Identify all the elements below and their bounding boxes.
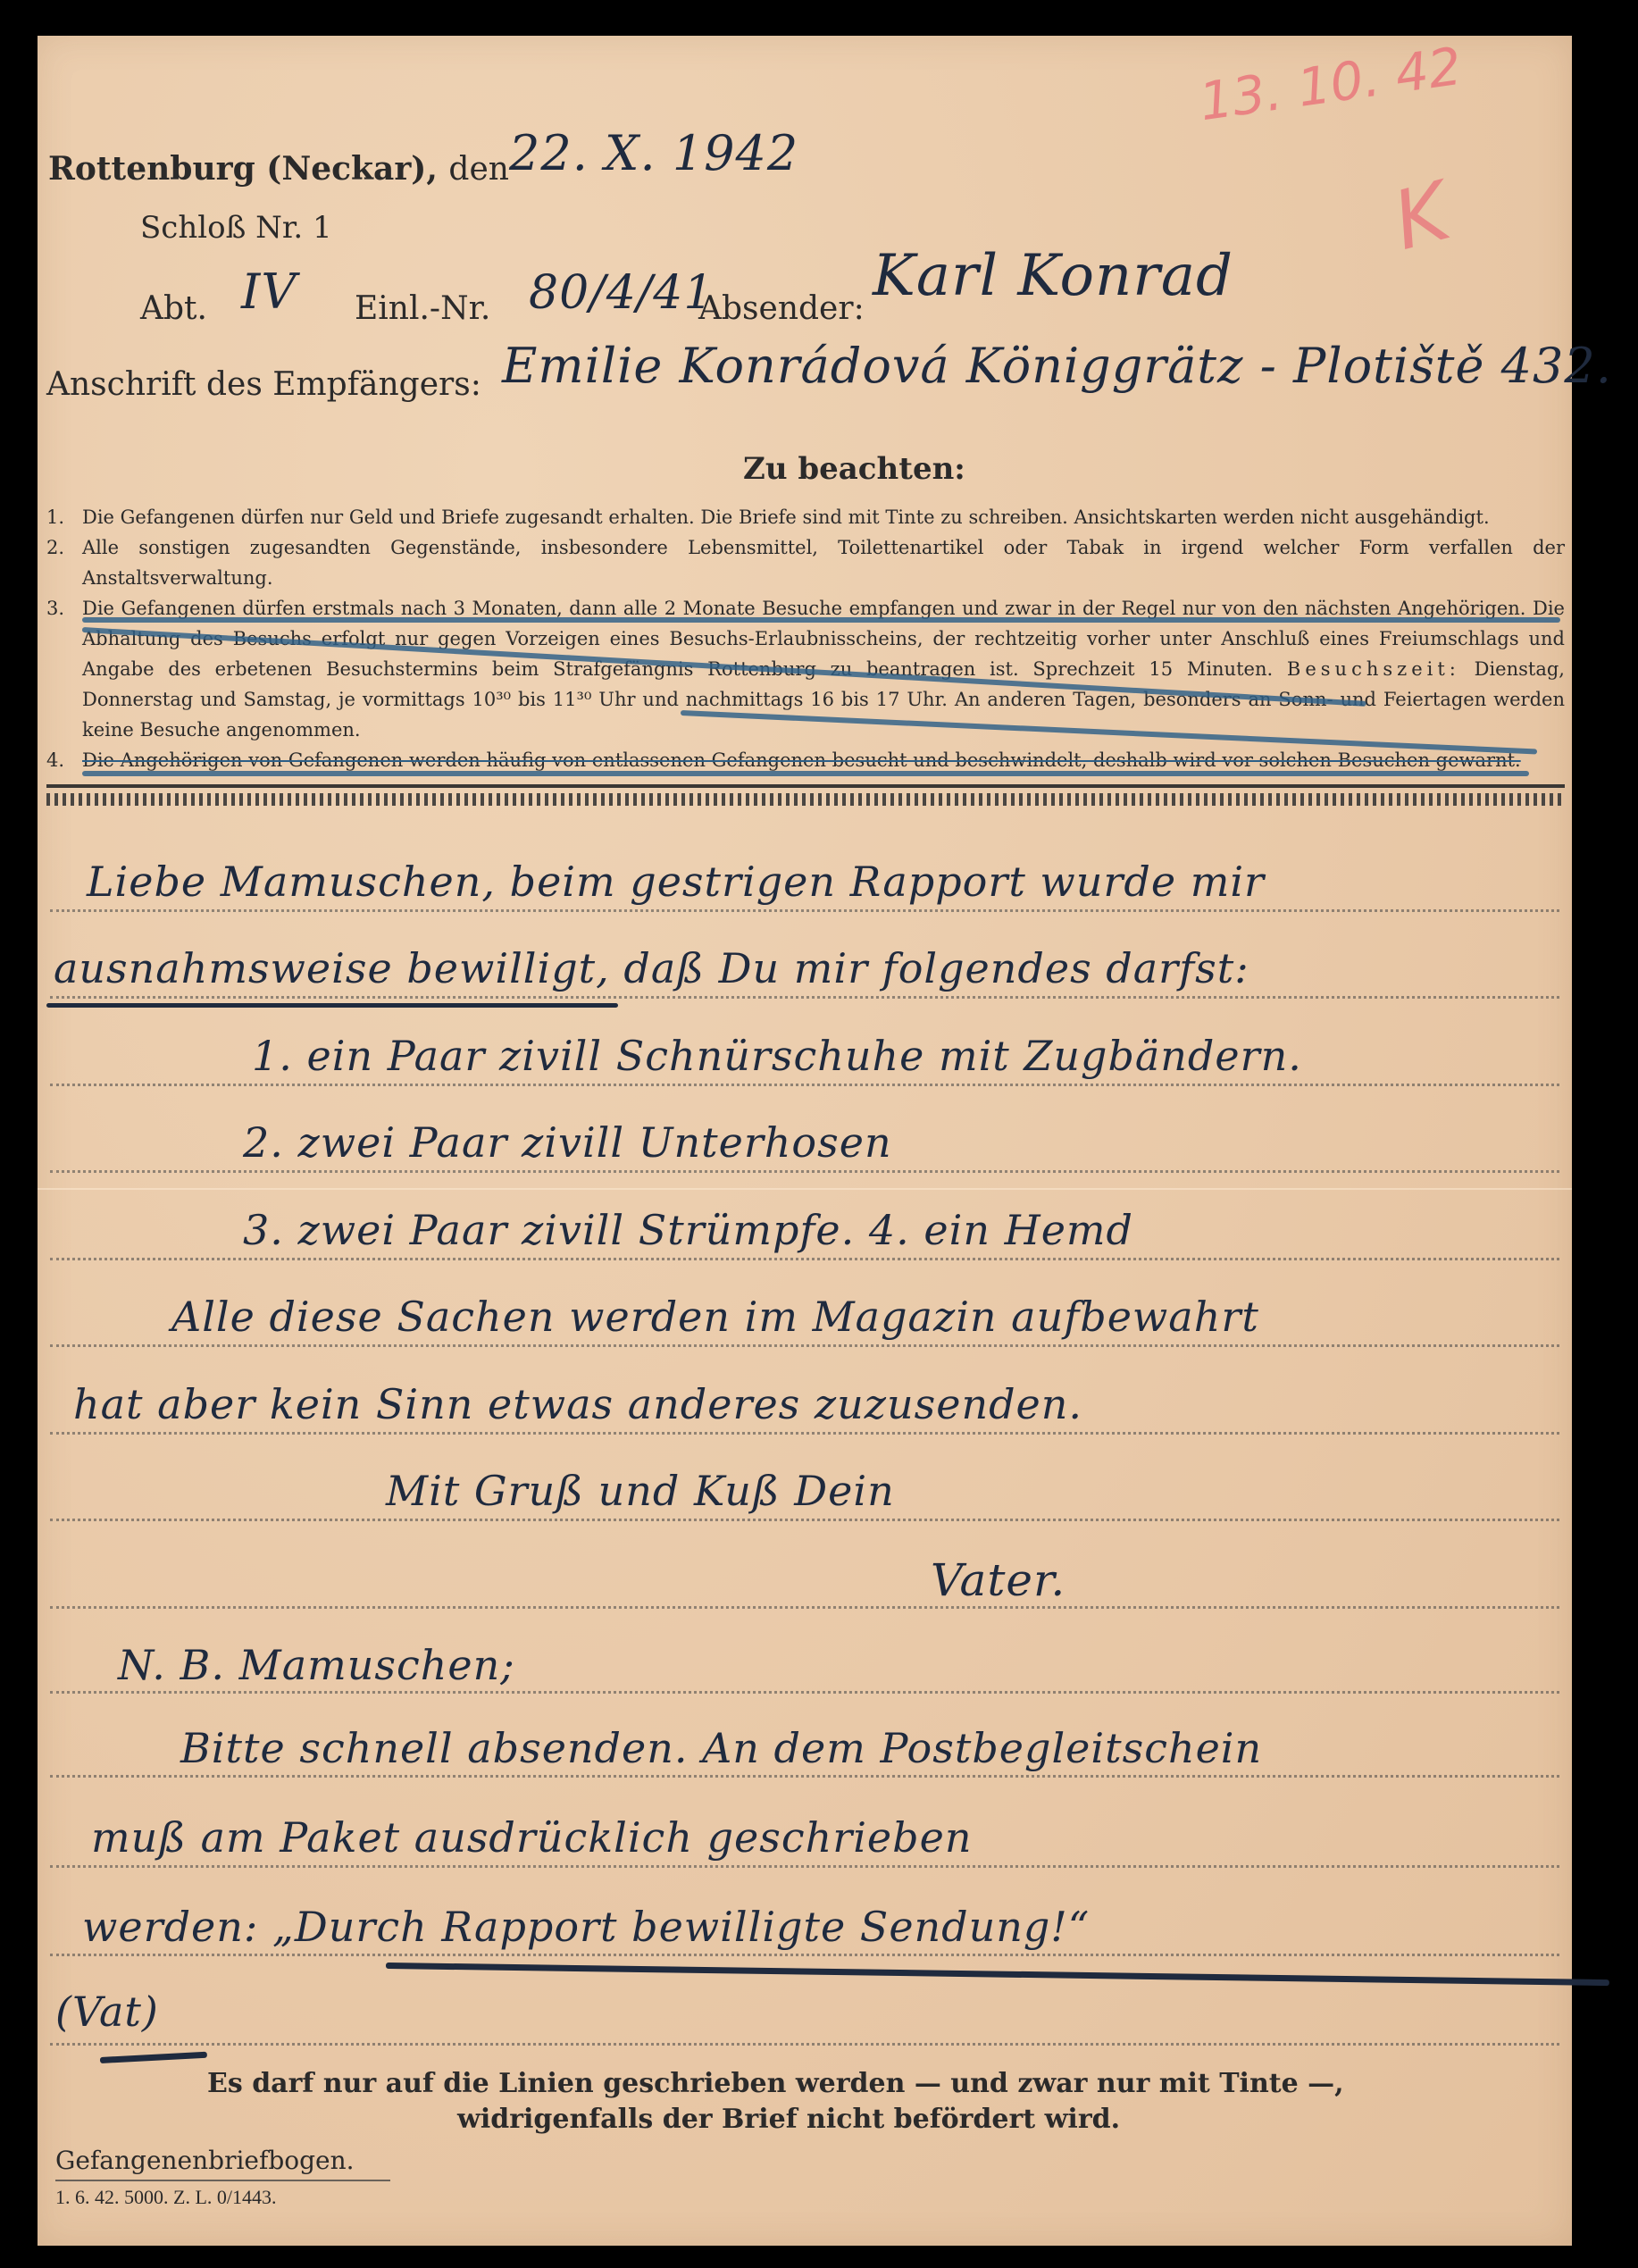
absender-value: Karl Konrad	[873, 243, 1233, 309]
letter-line-2: ausnahmsweise bewilligt, daß Du mir folg…	[54, 944, 1249, 992]
notice-num: 2.	[46, 532, 64, 563]
writing-line	[50, 1432, 1559, 1435]
writing-line	[50, 996, 1559, 999]
letter-closing: Mit Gruß und Kuß Dein	[386, 1467, 895, 1515]
ink-strike-line	[82, 617, 1560, 623]
writing-line	[50, 1606, 1559, 1609]
writing-line	[50, 1170, 1559, 1173]
writing-line	[50, 1344, 1559, 1347]
writing-line	[50, 1865, 1559, 1868]
notice-text: Die Gefangenen dürfen nur Geld und Brief…	[82, 506, 1490, 528]
ink-underline-emphasis	[386, 1963, 1609, 1986]
letter-signature: Vater.	[931, 1554, 1066, 1606]
letter-line-12: muß am Paket ausdrücklich geschrieben	[91, 1813, 972, 1862]
footer-warning-line-2: widrigenfalls der Brief nicht befördert …	[457, 2104, 1120, 2135]
letter-line-4: 2. zwei Paar zivill Unterhosen	[243, 1118, 892, 1167]
den-label: den	[448, 151, 509, 188]
writing-line	[50, 1775, 1559, 1778]
einl-nr-label: Einl.-Nr.	[355, 290, 490, 327]
letter-line-7: hat aber kein Sinn etwas anderes zuzusen…	[73, 1380, 1082, 1428]
notice-text: Die Angehörigen von Gefangenen werden hä…	[82, 749, 1521, 771]
einl-nr-value: 80/4/41	[529, 266, 714, 320]
besuchszeit-label: Besuchszeit:	[1287, 658, 1460, 680]
writing-line	[50, 909, 1559, 912]
censor-initial-mark: K	[1383, 164, 1458, 269]
writing-line	[50, 1519, 1559, 1521]
ink-underline	[46, 1003, 618, 1008]
writing-line	[50, 1691, 1559, 1694]
notice-item-2: 2. Alle sonstigen zugesandten Gegenständ…	[46, 532, 1565, 593]
place-label: Rottenburg (Neckar), den	[48, 150, 509, 188]
notice-item-1: 1. Die Gefangenen dürfen nur Geld und Br…	[46, 502, 1565, 532]
letter-line-3: 1. ein Paar zivill Schnürschuhe mit Zugb…	[252, 1032, 1302, 1080]
writing-line	[50, 2043, 1559, 2046]
address-line: Schloß Nr. 1	[140, 210, 332, 246]
form-name: Gefangenenbriefbogen.	[55, 2146, 355, 2175]
form-name-rule	[55, 2180, 390, 2181]
prison-letter-sheet: 13. 10. 42 K Rottenburg (Neckar), den 22…	[38, 36, 1572, 2246]
abt-label: Abt.	[140, 290, 207, 327]
notice-title: Zu beachten:	[743, 451, 965, 487]
ink-underline-short	[100, 2052, 207, 2063]
letter-line-6: Alle diese Sachen werden im Magazin aufb…	[171, 1293, 1259, 1341]
paper-fold	[38, 1188, 1572, 1190]
ink-strike-item-4	[82, 771, 1529, 776]
censor-date-stamp: 13. 10. 42	[1196, 36, 1466, 132]
anschrift-label: Anschrift des Empfängers:	[46, 366, 481, 403]
letter-line-5: 3. zwei Paar zivill Strümpfe. 4. ein Hem…	[243, 1206, 1133, 1254]
writing-line	[50, 1084, 1559, 1086]
letter-line-14: (Vat)	[55, 1988, 159, 2036]
letter-line-1: Liebe Mamuschen, beim gestrigen Rapport …	[87, 858, 1265, 906]
letter-postscript-salutation: N. B. Mamuschen;	[118, 1641, 515, 1689]
footer-warning-line-1: Es darf nur auf die Linien geschrieben w…	[207, 2068, 1344, 2099]
separator-rule	[46, 784, 1565, 788]
abt-value: IV	[241, 264, 297, 320]
notice-num: 3.	[46, 593, 64, 623]
absender-label: Absender:	[698, 290, 865, 327]
letter-line-11: Bitte schnell absenden. An dem Postbegle…	[180, 1724, 1262, 1772]
notice-text: Alle sonstigen zugesandten Gegenstände, …	[82, 537, 1565, 589]
separator-ticks	[46, 793, 1565, 806]
date-handwritten: 22. X. 1942	[509, 125, 798, 181]
place-text: Rottenburg (Neckar),	[48, 150, 438, 188]
letter-line-13: werden: „Durch Rapport bewilligte Sendun…	[82, 1903, 1090, 1951]
print-code: 1. 6. 42. 5000. Z. L. 0/1443.	[55, 2186, 277, 2209]
recipient-address: Emilie Konrádová Königgrätz - Plotiště 4…	[502, 338, 1612, 394]
writing-line	[50, 1258, 1559, 1260]
writing-line	[50, 1954, 1559, 1956]
notice-num: 1.	[46, 502, 64, 532]
notice-num: 4.	[46, 745, 64, 775]
